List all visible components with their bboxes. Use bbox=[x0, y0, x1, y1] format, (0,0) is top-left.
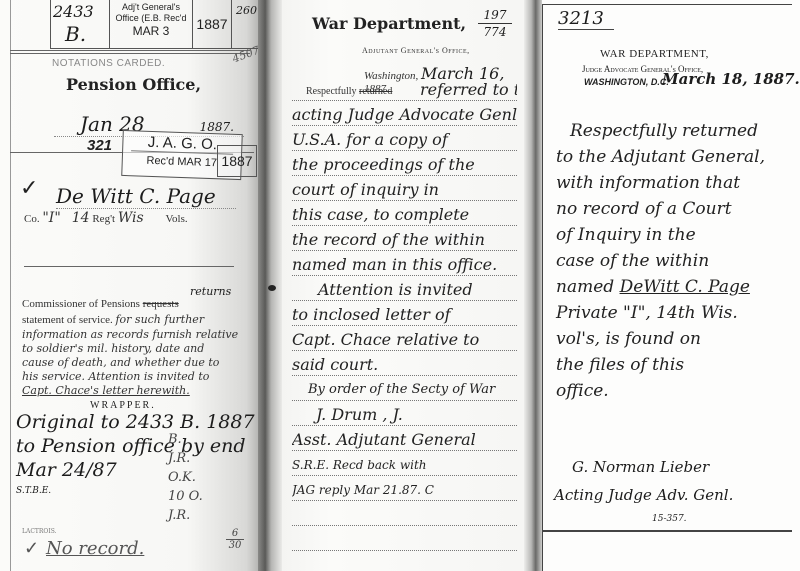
pension-office-panel: 2433 B. Adj't General's Office (E.B. Rec… bbox=[0, 0, 268, 571]
adjutant-general-received-stamp: 2433 B. Adj't General's Office (E.B. Rec… bbox=[50, 0, 262, 49]
pension-office-title: Pension Office, bbox=[66, 75, 201, 94]
regiment-label: Reg't bbox=[92, 213, 115, 225]
jag-date: March 18, 1887. bbox=[662, 70, 800, 88]
ag-year: 1887 bbox=[193, 0, 232, 48]
requests-struck: requests bbox=[143, 298, 179, 310]
reply-line: to the Adjutant General, bbox=[556, 144, 796, 170]
ag-file-number: 2433 bbox=[53, 2, 94, 21]
printer-mark: LACTROIS. bbox=[22, 528, 57, 535]
endorsement-line: By order of the Secty of War bbox=[292, 376, 517, 401]
reply-line: case of the within bbox=[556, 248, 796, 274]
endorsement-line: Attention is invited bbox=[292, 276, 517, 301]
checkmark-icon: ✓ bbox=[20, 176, 38, 201]
endorsement-line: the proceedings of the bbox=[292, 151, 517, 176]
jag-file-number: 3213 bbox=[558, 8, 614, 30]
blank-line bbox=[292, 526, 517, 551]
fraction-bottom: 30 bbox=[226, 540, 244, 551]
margin-initials: B. J.R. O.K. 10 O. J.R. bbox=[168, 430, 203, 525]
request-line-4: his service. Attention is invited to bbox=[22, 370, 258, 384]
endorsement-line: this case, to complete bbox=[292, 201, 517, 226]
commissioner-request: returns Commissioner of Pensions request… bbox=[22, 296, 258, 398]
divider bbox=[24, 266, 234, 267]
notations-carded-stamp: NOTATIONS CARDED. bbox=[52, 58, 165, 69]
signature-title-line: Asst. Adjutant General bbox=[292, 426, 517, 451]
request-line-5: Capt. Chace's letter herewith. bbox=[22, 384, 258, 398]
jag-signature: G. Norman Lieber bbox=[572, 458, 709, 476]
regiment-number: 14 bbox=[72, 210, 90, 226]
reply-named-label: named bbox=[556, 277, 614, 297]
reply-line: office. bbox=[556, 378, 796, 404]
reply-line: no record of a Court bbox=[556, 196, 796, 222]
war-department-panel: War Department, 197 774 Adjutant General… bbox=[282, 0, 524, 571]
reply-line-named: named DeWitt C. Page bbox=[556, 274, 796, 300]
reply-line: with information that bbox=[556, 170, 796, 196]
soldier-name: De Witt C. Page bbox=[56, 184, 236, 209]
endorsement-line: court of inquiry in bbox=[292, 176, 517, 201]
request-line-1: information as records furnish relative bbox=[22, 328, 258, 342]
endorsement-line: referred to the bbox=[292, 76, 517, 101]
company-regiment-line: Co. "I" 14 Reg't Wis Vols. bbox=[24, 210, 238, 226]
margin-initial: B. bbox=[168, 430, 203, 449]
wrapper-note-2: Mar 24/87 bbox=[16, 458, 256, 482]
ref-number-bottom: 774 bbox=[478, 25, 512, 39]
company-prefix: Co. bbox=[24, 213, 40, 225]
reference-number: 197 774 bbox=[478, 8, 512, 39]
divider bbox=[542, 530, 792, 532]
request-line-0: for such further bbox=[115, 313, 204, 326]
jag-reply-body: Respectfully returned to the Adjutant Ge… bbox=[556, 118, 796, 404]
jago-stamp-year: 1887 bbox=[217, 145, 257, 177]
wrapper-notes: Original to 2433 B. 1887 to Pension offi… bbox=[16, 410, 256, 482]
endorsement-line: said court. bbox=[292, 351, 517, 376]
receipt-note-line: S.R.E. Recd back with bbox=[292, 451, 517, 476]
request-line-3: cause of death, and whether due to bbox=[22, 356, 258, 370]
jag-signature-title: Acting Judge Adv. Genl. bbox=[554, 486, 733, 504]
endorsement-line: Capt. Chace relative to bbox=[292, 326, 517, 351]
paper-fold bbox=[524, 0, 542, 571]
margin-initial: 10 O. bbox=[168, 487, 203, 506]
endorsement-text: referred to the acting Judge Advocate Ge… bbox=[292, 76, 517, 571]
checkmark-icon: ✓ bbox=[24, 538, 39, 559]
blank-line bbox=[292, 501, 517, 526]
panel-border bbox=[10, 0, 11, 571]
blank-line bbox=[292, 551, 517, 571]
ag-office-label-2: Office (E.B. Rec'd bbox=[110, 13, 192, 24]
company-value: "I" bbox=[42, 210, 60, 226]
regiment-state: Wis bbox=[118, 210, 144, 226]
jago-stamp-number: 321 bbox=[87, 137, 112, 154]
margin-initial: J.R. bbox=[168, 449, 203, 468]
margin-initial: O.K. bbox=[168, 468, 203, 487]
endorsement-line: U.S.A. for a copy of bbox=[292, 126, 517, 151]
ink-blot bbox=[268, 285, 276, 291]
war-department-title: War Department, bbox=[312, 14, 466, 33]
reply-line: vol's, is found on bbox=[556, 326, 796, 352]
receipt-note-line: JAG reply Mar 21.87. C bbox=[292, 476, 517, 501]
divider bbox=[10, 50, 250, 51]
ag-file-sub: B. bbox=[65, 22, 86, 46]
fraction-note: 6 30 bbox=[226, 528, 244, 551]
jag-file-reference: 15-357. bbox=[652, 514, 687, 524]
paper-fold bbox=[258, 0, 282, 571]
wrapper-note-0: Original to 2433 B. 1887 bbox=[16, 410, 256, 434]
jag-location: WASHINGTON, D.C. bbox=[584, 77, 669, 87]
wrapper-note-1: to Pension office by end bbox=[16, 434, 256, 458]
endorsement-line: the record of the within bbox=[292, 226, 517, 251]
margin-initial: J.R. bbox=[168, 506, 203, 525]
ag-corner-number: 260 bbox=[232, 0, 261, 48]
reply-line: the files of this bbox=[556, 352, 796, 378]
divider bbox=[10, 53, 250, 54]
reply-line: Respectfully returned bbox=[556, 118, 796, 144]
no-record-note: No record. bbox=[46, 538, 144, 559]
reply-line: Private "I", 14th Wis. bbox=[556, 300, 796, 326]
statement-label: statement of service. bbox=[22, 314, 113, 326]
request-line-2: to soldier's mil. history, date and bbox=[22, 342, 258, 356]
initials-code: S.T.B.E. bbox=[16, 486, 51, 496]
returns-insert: returns bbox=[190, 284, 231, 300]
reply-soldier-name: DeWitt C. Page bbox=[620, 277, 750, 297]
signature-line: J. Drum , J. bbox=[292, 401, 517, 426]
jag-header-war-department: WAR DEPARTMENT, bbox=[600, 48, 709, 60]
ag-office-label-1: Adj't General's bbox=[110, 2, 192, 13]
endorsement-line: named man in this office. bbox=[292, 251, 517, 276]
commissioner-label: Commissioner of Pensions bbox=[22, 298, 140, 310]
vols-label: Vols. bbox=[165, 213, 187, 225]
reply-line: of Inquiry in the bbox=[556, 222, 796, 248]
adjutant-generals-office: Adjutant General's Office, bbox=[362, 46, 470, 55]
ag-received-date: MAR 3 bbox=[110, 26, 192, 37]
endorsement-line: to inclosed letter of bbox=[292, 301, 517, 326]
fraction-top: 6 bbox=[226, 528, 244, 539]
endorsement-line: acting Judge Advocate Genl bbox=[292, 101, 517, 126]
judge-advocate-panel: 3213 WAR DEPARTMENT, Judge Advocate Gene… bbox=[542, 0, 800, 571]
ref-number-top: 197 bbox=[478, 8, 512, 22]
